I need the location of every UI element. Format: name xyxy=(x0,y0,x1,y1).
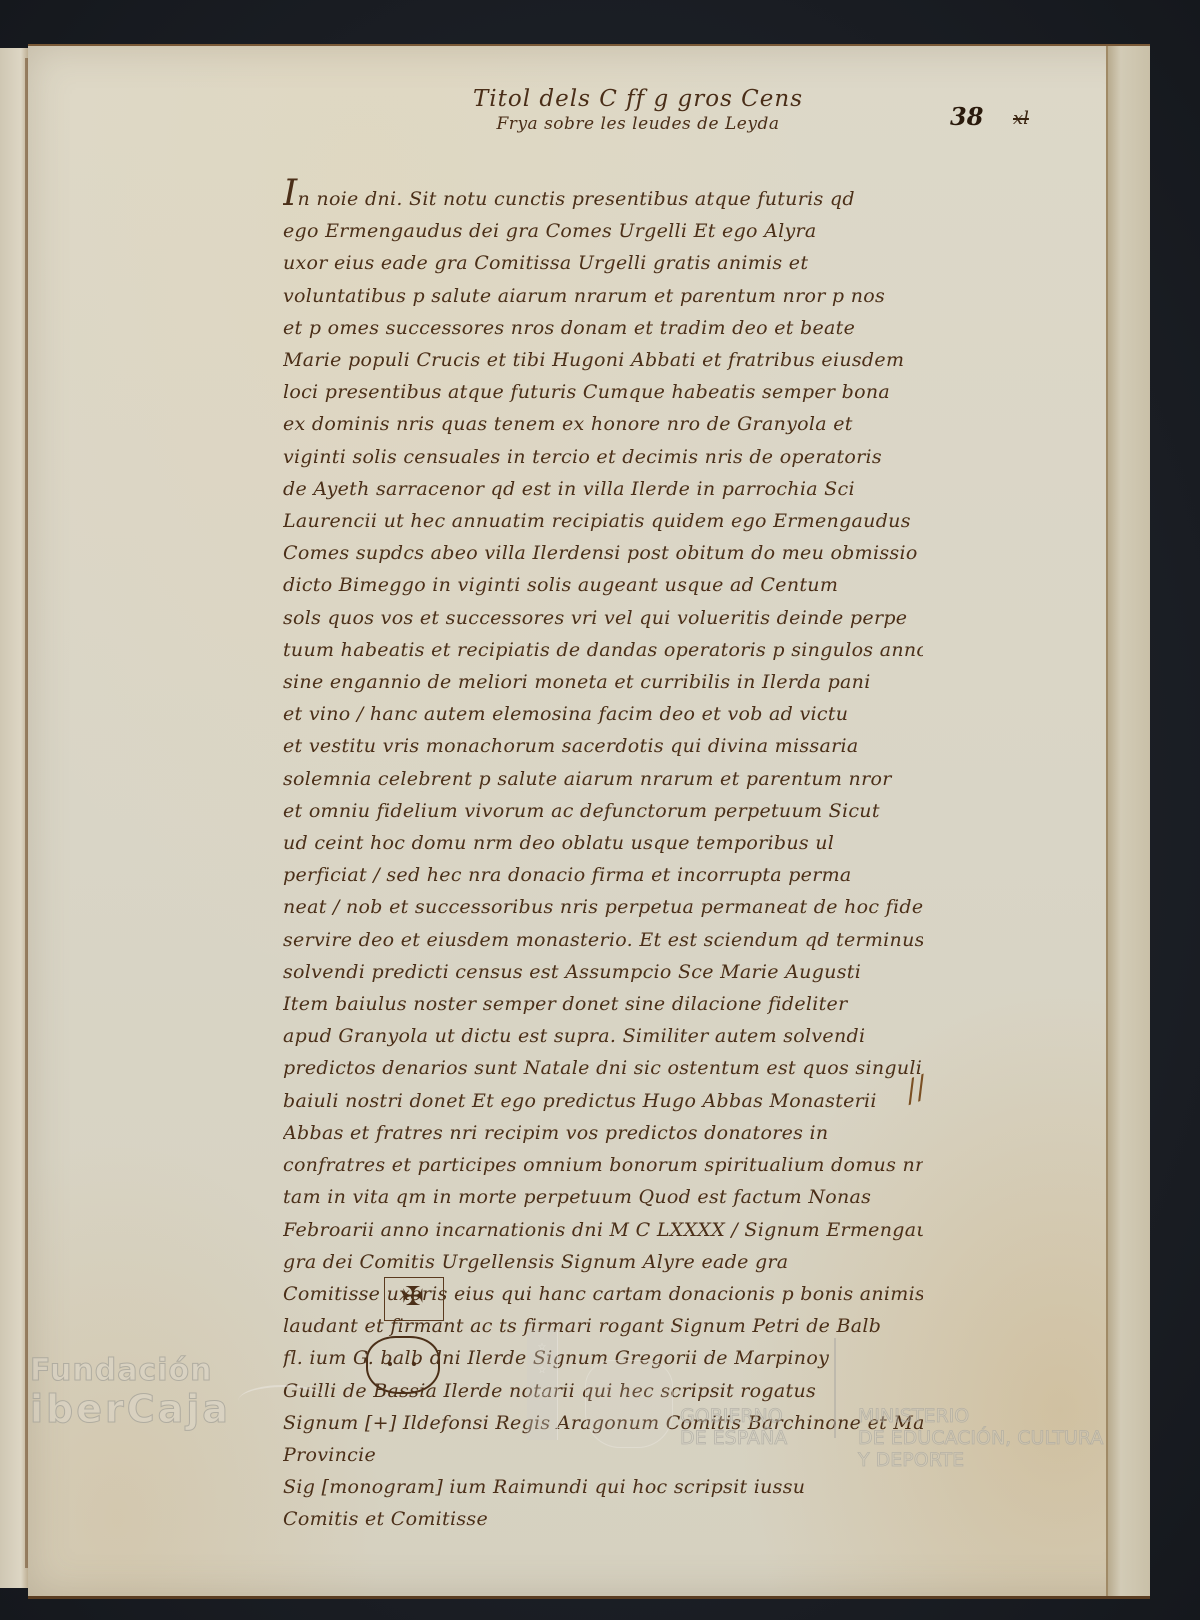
text-line: ego Ermengaudus dei gra Comes Urgelli Et… xyxy=(283,215,923,247)
text-line: Comitisse uxoris eius qui hanc cartam do… xyxy=(283,1278,923,1310)
text-line: uxor eius eade gra Comitissa Urgelli gra… xyxy=(283,247,923,279)
text-line: et p omes successores nros donam et trad… xyxy=(283,312,923,344)
watermark-ministry-line-1: MINISTERIO xyxy=(858,1405,1103,1427)
star-icon: ☆ xyxy=(527,1388,557,1399)
previous-page-edge xyxy=(0,48,30,1588)
watermark-foundation-line-2: iberCaja xyxy=(30,1390,231,1428)
text-line: Comes supdcs abeo villa Ilerdensi post o… xyxy=(283,537,923,569)
text-line: voluntatibus p salute aiarum nrarum et p… xyxy=(283,280,923,312)
text-line: laudant et firmant ac ts firmari rogant … xyxy=(283,1310,923,1342)
text-line: ud ceint hoc domu nrm deo oblatu usque t… xyxy=(283,827,923,859)
text-line: Marie populi Crucis et tibi Hugoni Abbat… xyxy=(283,344,923,376)
spain-coat-of-arms-icon xyxy=(585,1360,673,1448)
heading-line-1: Titol dels C ff g gros Cens xyxy=(448,86,828,112)
star-icon: ☆ xyxy=(527,1365,557,1376)
document-heading: Titol dels C ff g gros Cens Frya sobre l… xyxy=(448,86,828,134)
folio-old-crossed: xl xyxy=(1013,108,1029,129)
text-line: dicto Bimeggo in viginti solis augeant u… xyxy=(283,569,923,601)
text-line: sine engannio de meliori moneta et curri… xyxy=(283,666,923,698)
text-line: de Ayeth sarracenor qd est in villa Iler… xyxy=(283,473,923,505)
text-line: Febroarii anno incarnationis dni M C LXX… xyxy=(283,1214,923,1246)
text-line: tuum habeatis et recipiatis de dandas op… xyxy=(283,634,923,666)
text-line: et omniu fidelium vivorum ac defunctorum… xyxy=(283,795,923,827)
watermark-government-line-1: GOBIERNO xyxy=(680,1405,787,1427)
folio-number: 38 xyxy=(950,102,983,131)
text-line: Laurencii ut hec annuatim recipiatis qui… xyxy=(283,505,923,537)
watermark-ministry-line-2: DE EDUCACIÓN, CULTURA xyxy=(858,1427,1103,1449)
text-line: solemnia celebrent p salute aiarum nraru… xyxy=(283,763,923,795)
royal-signum-box: ✠ xyxy=(384,1277,444,1321)
text-line: predictos denarios sunt Natale dni sic o… xyxy=(283,1052,923,1084)
text-line: sols quos vos et successores vri vel qui… xyxy=(283,602,923,634)
text-line: solvendi predicti census est Assumpcio S… xyxy=(283,956,923,988)
text-line: tam in vita qm in morte perpetuum Quod e… xyxy=(283,1181,923,1213)
ministerio-watermark: MINISTERIO DE EDUCACIÓN, CULTURA Y DEPOR… xyxy=(858,1405,1103,1471)
ibercaja-swoosh-icon xyxy=(238,1385,328,1417)
charter-text: In noie dni. Sit notu cunctis presentibu… xyxy=(283,178,923,1536)
eu-flag-icon: ☆ ☆ ☆ xyxy=(527,1330,558,1440)
text-line: Comitis et Comitisse xyxy=(283,1503,923,1535)
watermark-divider xyxy=(834,1338,836,1438)
text-line: ex dominis nris quas tenem ex honore nro… xyxy=(283,408,923,440)
text-line: et vestitu vris monachorum sacerdotis qu… xyxy=(283,730,923,762)
cross-icon: ✠ xyxy=(402,1284,424,1310)
text-line: perficiat / sed hec nra donacio firma et… xyxy=(283,859,923,891)
text-line: baiuli nostri donet Et ego predictus Hug… xyxy=(283,1085,923,1117)
watermark-foundation-line-1: Fundación xyxy=(30,1352,231,1390)
watermark-government-line-2: DE ESPAÑA xyxy=(680,1427,787,1449)
text-line: apud Granyola ut dictu est supra. Simili… xyxy=(283,1020,923,1052)
heading-line-2: Frya sobre les leudes de Leyda xyxy=(448,114,828,134)
text-line: et vino / hanc autem elemosina facim deo… xyxy=(283,698,923,730)
fundacion-ibercaja-watermark: Fundación iberCaja xyxy=(30,1352,231,1428)
gobierno-espana-watermark: GOBIERNO DE ESPAÑA xyxy=(680,1405,787,1449)
text-line: servire deo et eiusdem monasterio. Et es… xyxy=(283,924,923,956)
text-line: loci presentibus atque futuris Cumque ha… xyxy=(283,376,923,408)
text-line: Item baiulus noster semper donet sine di… xyxy=(283,988,923,1020)
text-line: Sig [monogram] ium Raimundi qui hoc scri… xyxy=(283,1471,923,1503)
watermark-ministry-line-3: Y DEPORTE xyxy=(858,1449,1103,1471)
text-line: gra dei Comitis Urgellensis Signum Alyre… xyxy=(283,1246,923,1278)
text-line: viginti solis censuales in tercio et dec… xyxy=(283,441,923,473)
text-line: confratres et participes omnium bonorum … xyxy=(283,1149,923,1181)
star-icon: ☆ xyxy=(527,1342,557,1353)
text-line: Abbas et fratres nri recipim vos predict… xyxy=(283,1117,923,1149)
scribe-monogram-icon xyxy=(366,1336,440,1394)
text-line: In noie dni. Sit notu cunctis presentibu… xyxy=(283,178,923,215)
page-fold-right xyxy=(1106,46,1150,1596)
text-line: neat / nob et successoribus nris perpetu… xyxy=(283,891,923,923)
